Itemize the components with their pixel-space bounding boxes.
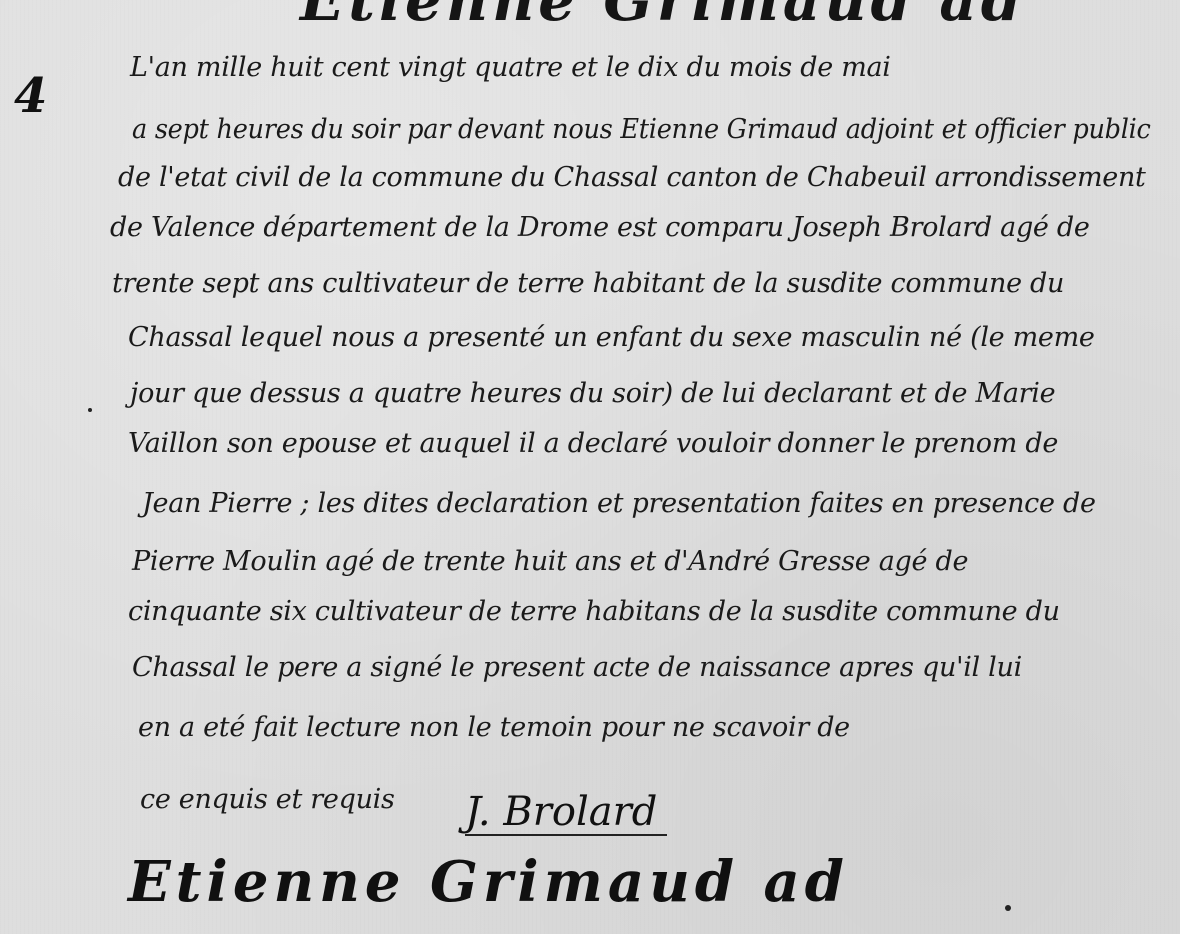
record-line-13: en a eté fait lecture non le temoin pour… (138, 712, 850, 743)
scanned-register-page: Etienne Grimaud ad 4 L'an mille huit cen… (0, 0, 1180, 934)
previous-entry-signature-fragment: Etienne Grimaud ad (300, 0, 1026, 34)
officer-signature: Etienne Grimaud ad (128, 850, 849, 914)
record-line-10: Pierre Moulin agé de trente huit ans et … (132, 546, 968, 577)
record-line-2: a sept heures du soir par devant nous Et… (132, 114, 1151, 145)
record-line-1: L'an mille huit cent vingt quatre et le … (130, 52, 1150, 83)
ink-dot (88, 408, 92, 412)
record-line-9: Jean Pierre ; les dites declaration et p… (142, 488, 1096, 519)
record-line-4: de Valence département de la Drome est c… (110, 212, 1090, 243)
record-line-7: jour que dessus a quatre heures du soir)… (130, 378, 1055, 409)
record-line-14: ce enquis et requis (140, 784, 395, 815)
record-line-12: Chassal le pere a signé le present acte … (132, 652, 1022, 683)
record-line-6: Chassal lequel nous a presenté un enfant… (128, 322, 1095, 353)
record-line-5: trente sept ans cultivateur de terre hab… (112, 268, 1064, 299)
ink-blot (1005, 905, 1011, 911)
declarant-signature: J. Brolard (465, 790, 667, 836)
record-line-11: cinquante six cultivateur de terre habit… (128, 596, 1060, 627)
record-line-8: Vaillon son epouse et auquel il a declar… (128, 428, 1058, 459)
record-line-3: de l'etat civil de la commune du Chassal… (118, 162, 1146, 193)
entry-number: 4 (14, 68, 47, 124)
